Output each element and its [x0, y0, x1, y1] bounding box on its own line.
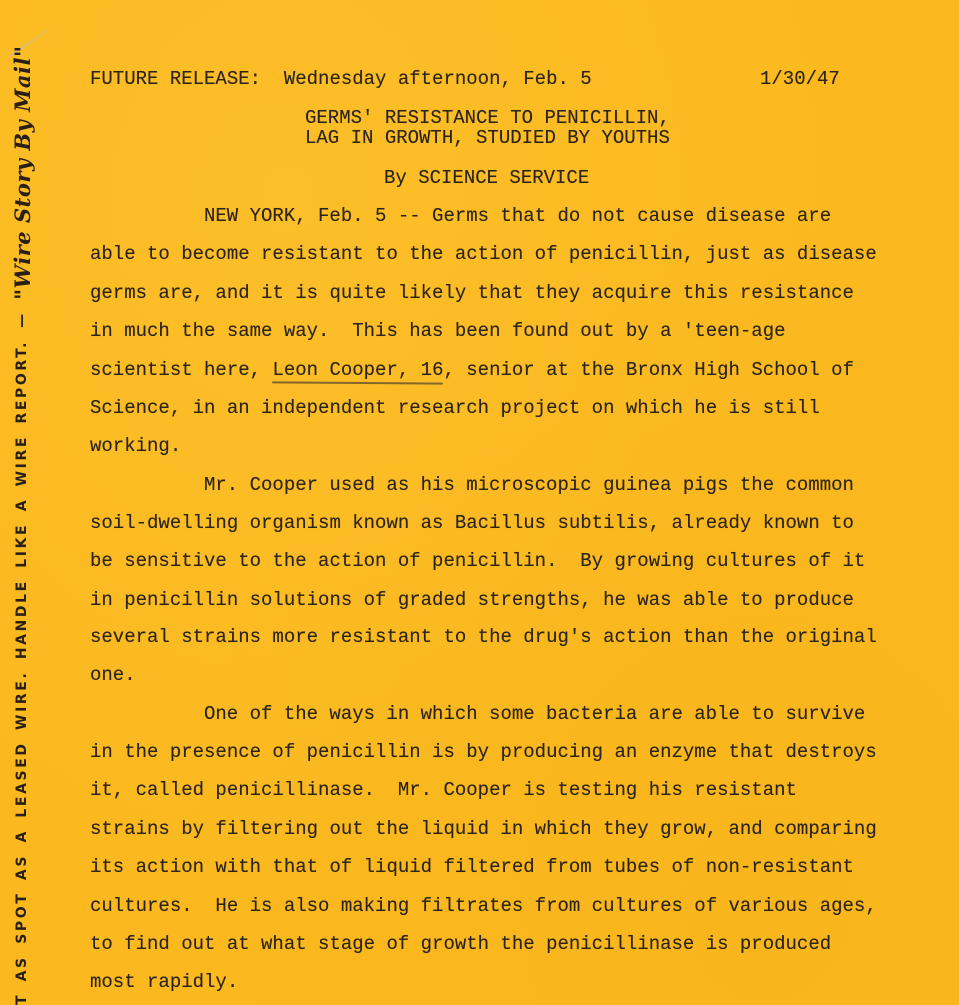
sidebar-printed-notice: T AS SPOT AS A LEASED WIRE. HANDLE LIKE … [14, 340, 30, 1005]
headline-line-2: LAG IN GROWTH, STUDIED BY YOUTHS [305, 128, 670, 148]
body-line: to find out at what stage of growth the … [90, 934, 831, 954]
body-line: working. [90, 436, 181, 456]
typewritten-press-release: T AS SPOT AS A LEASED WIRE. HANDLE LIKE … [0, 0, 959, 1005]
body-text-span: , senior at the Bronx High School of [443, 359, 853, 381]
underlined-name: Leon Cooper, 16 [272, 360, 443, 380]
body-line: soil-dwelling organism known as Bacillus… [90, 513, 854, 533]
body-line: germs are, and it is quite likely that t… [90, 283, 854, 303]
body-line: be sensitive to the action of penicillin… [90, 551, 865, 571]
body-line: in much the same way. This has been foun… [90, 321, 786, 341]
body-line: NEW YORK, Feb. 5 -- Germs that do not ca… [204, 206, 831, 226]
body-line: one. [90, 665, 136, 685]
body-line: several strains more resistant to the dr… [90, 627, 877, 647]
release-instruction: FUTURE RELEASE: Wednesday afternoon, Feb… [90, 69, 592, 89]
sidebar-dash: — [14, 314, 30, 328]
body-line: strains by filtering out the liquid in w… [90, 819, 877, 839]
body-line: cultures. He is also making filtrates fr… [90, 896, 877, 916]
body-line: able to become resistant to the action o… [90, 244, 877, 264]
body-line: in the presence of penicillin is by prod… [90, 742, 877, 762]
body-text-span: scientist here, [90, 359, 272, 381]
body-line: it, called penicillinase. Mr. Cooper is … [90, 780, 797, 800]
body-line: Science, in an independent research proj… [90, 398, 820, 418]
body-line: its action with that of liquid filtered … [90, 857, 854, 877]
sidebar-script-slogan: "Wire Story By Mail" [10, 46, 35, 300]
headline-line-1: GERMS' RESISTANCE TO PENICILLIN, [305, 108, 670, 128]
body-line: most rapidly. [90, 972, 238, 992]
body-line: scientist here, Leon Cooper, 16, senior … [90, 360, 854, 380]
margin-sidebar-notice: T AS SPOT AS A LEASED WIRE. HANDLE LIKE … [2, 0, 42, 1005]
body-line: One of the ways in which some bacteria a… [204, 704, 865, 724]
release-date-code: 1/30/47 [760, 69, 840, 89]
byline: By SCIENCE SERVICE [384, 168, 589, 188]
body-line: Mr. Cooper used as his microscopic guine… [204, 475, 854, 495]
body-line: in penicillin solutions of graded streng… [90, 590, 854, 610]
